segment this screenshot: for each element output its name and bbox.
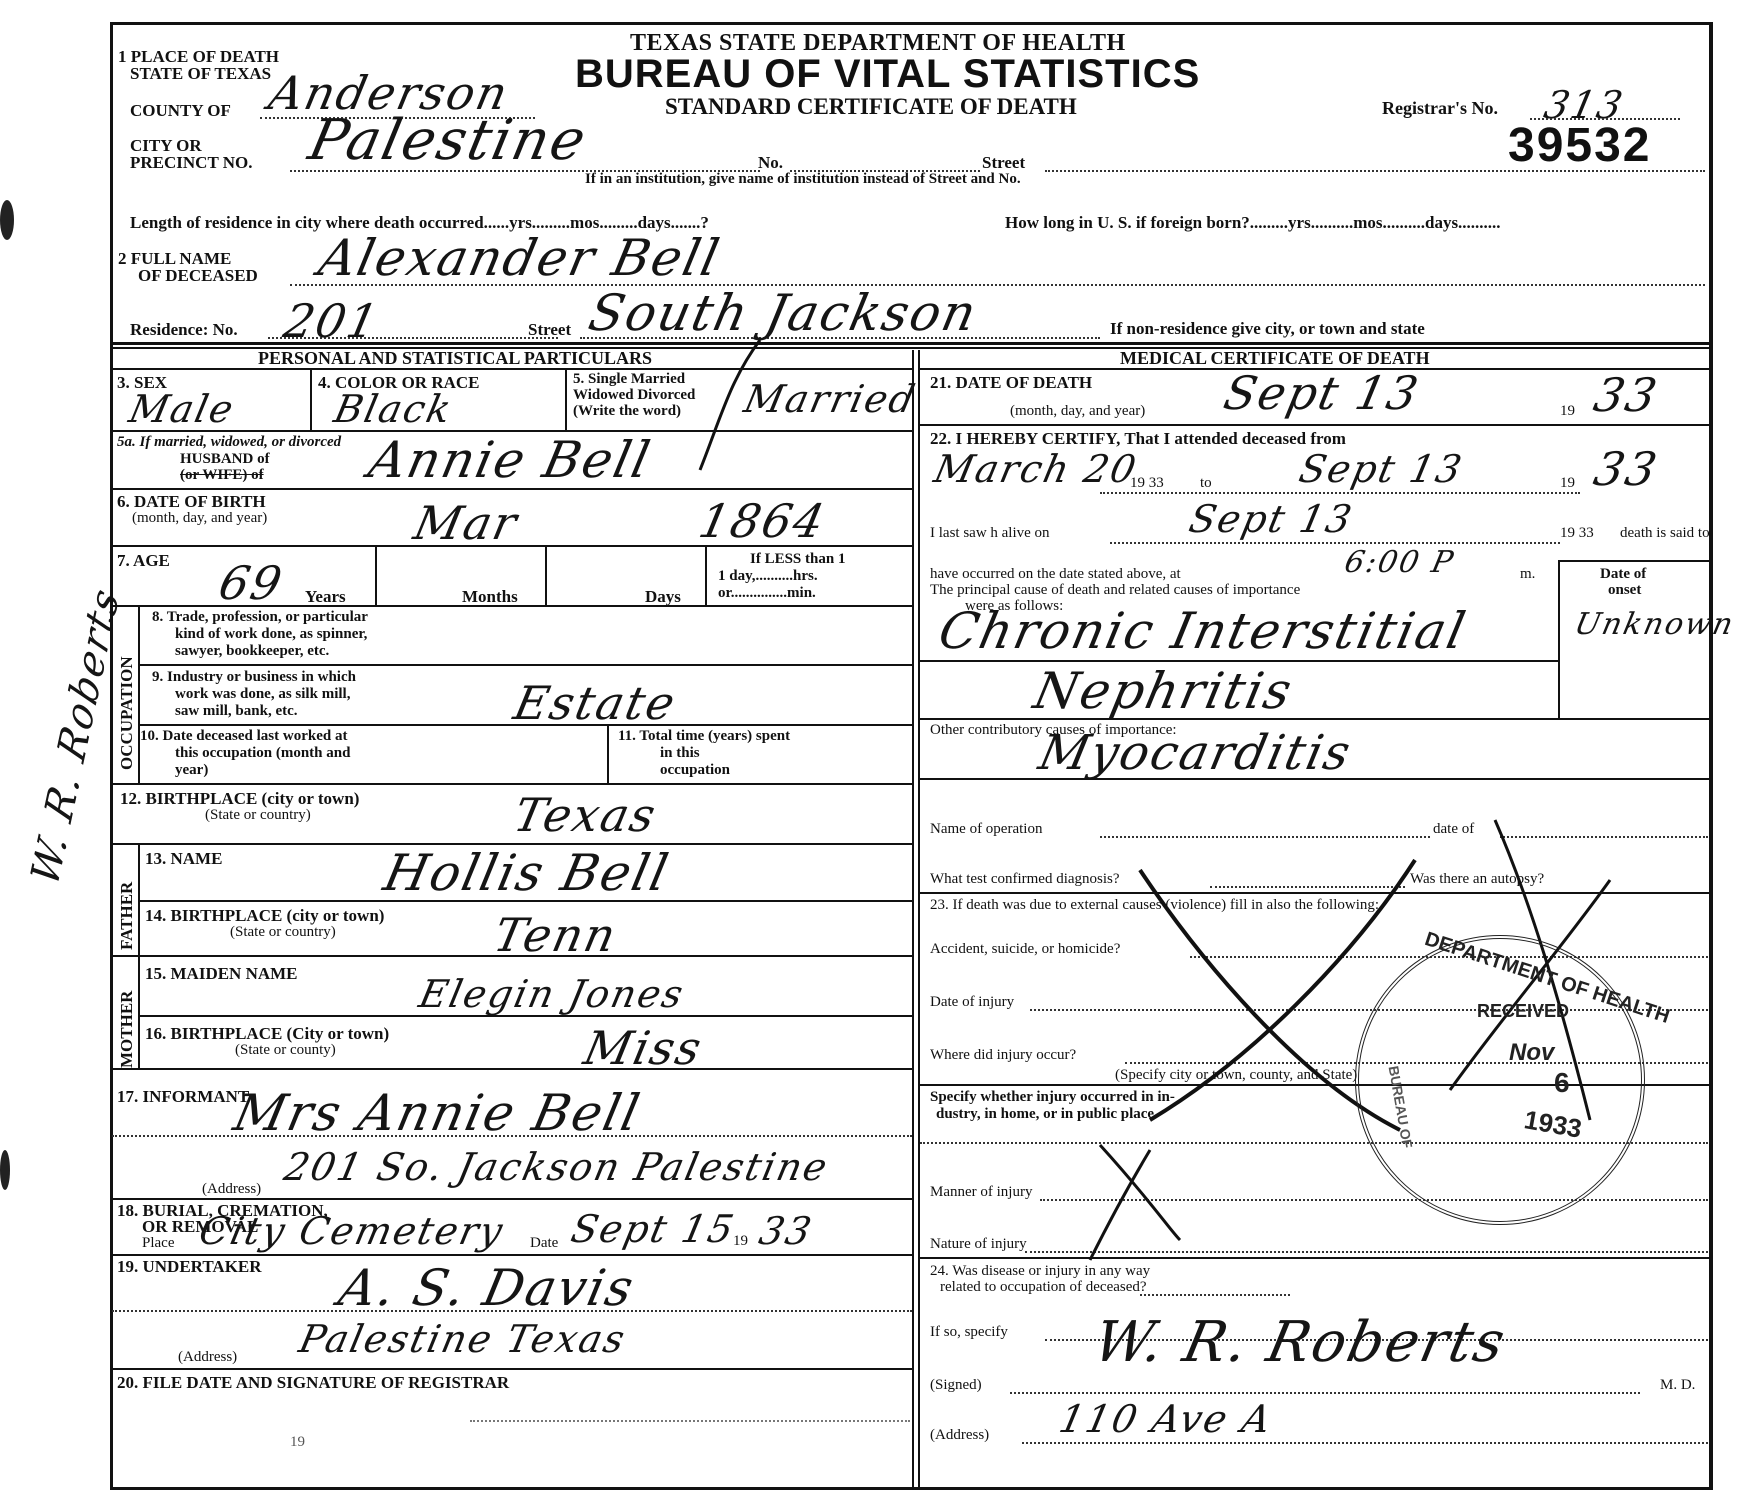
death-said-label: death is said to bbox=[1620, 526, 1710, 541]
medical-section-title: MEDICAL CERTIFICATE OF DEATH bbox=[1120, 350, 1430, 367]
registrar-signature-line bbox=[470, 1420, 910, 1422]
last-worked-label-1: 10. Date deceased last worked at bbox=[140, 729, 347, 744]
injury-nature-label: Nature of injury bbox=[930, 1237, 1027, 1252]
cell-divider bbox=[138, 955, 140, 1068]
cell-divider bbox=[375, 545, 377, 605]
undertaker-value: A. S. Davis bbox=[335, 1265, 639, 1311]
informant-address-value: 201 So. Jackson Palestine bbox=[281, 1148, 832, 1186]
injury-manner-label: Manner of injury bbox=[930, 1185, 1032, 1200]
father-birthplace-label-1: 14. BIRTHPLACE (city or town) bbox=[145, 907, 384, 924]
date-of-death-sub: (month, day, and year) bbox=[1010, 404, 1145, 419]
burial-year-value: 33 bbox=[756, 1212, 816, 1250]
spouse-value: Annie Bell bbox=[365, 437, 655, 483]
row-line bbox=[112, 1368, 912, 1370]
row-line bbox=[112, 545, 912, 547]
onset-label-1: Date of bbox=[1600, 567, 1646, 582]
total-time-label-2: in this bbox=[660, 746, 700, 761]
cell-divider bbox=[565, 368, 567, 430]
full-name-label-2: OF DECEASED bbox=[138, 267, 258, 284]
injury-specify-label-2: dustry, in home, or in public place. bbox=[936, 1107, 1158, 1122]
attended-to-value: Sept 13 bbox=[1296, 450, 1467, 488]
last-worked-label-2: this occupation (month and bbox=[175, 746, 350, 761]
row-line bbox=[138, 900, 912, 902]
test-label: What test confirmed diagnosis? bbox=[930, 872, 1120, 887]
industry-label-1: 9. Industry or business in which bbox=[152, 670, 356, 685]
mother-side-label: MOTHER bbox=[117, 991, 137, 1068]
spouse-label-1: 5a. If married, widowed, or divorced bbox=[117, 435, 341, 450]
informant-address-label: (Address) bbox=[202, 1182, 261, 1197]
years-label: Years bbox=[305, 588, 346, 605]
total-time-label-1: 11. Total time (years) spent bbox=[618, 729, 790, 744]
last-saw-label: I last saw h alive on bbox=[930, 526, 1050, 541]
signed-value: W. R. Roberts bbox=[1090, 1320, 1510, 1366]
age-years-value: 69 bbox=[215, 560, 287, 606]
last-saw-line bbox=[1110, 542, 1560, 544]
last-worked-label-3: year) bbox=[175, 763, 208, 778]
bureau-title: BUREAU OF VITAL STATISTICS bbox=[575, 52, 1200, 97]
external-label: 23. If death was due to external causes … bbox=[930, 898, 1379, 913]
undertaker-address-label: (Address) bbox=[178, 1350, 237, 1365]
marital-label-3: (Write the word) bbox=[573, 404, 681, 419]
row-line bbox=[138, 664, 912, 666]
section-divider bbox=[112, 342, 1710, 345]
file-date-label: 20. FILE DATE AND SIGNATURE OF REGISTRAR bbox=[117, 1374, 509, 1391]
operation-date-label: date of bbox=[1433, 822, 1474, 837]
date-of-death-label: 21. DATE OF DEATH bbox=[930, 374, 1092, 391]
cell-divider bbox=[138, 605, 140, 783]
burial-place-label: Place bbox=[142, 1236, 174, 1251]
street-line bbox=[1045, 170, 1705, 172]
date-of-death-value: Sept 13 bbox=[1220, 370, 1424, 416]
days-label: Days bbox=[645, 588, 681, 605]
row-line bbox=[112, 1198, 912, 1200]
trade-label-3: sawyer, bookkeeper, etc. bbox=[175, 644, 329, 659]
test-line bbox=[1210, 886, 1405, 888]
signed-suffix: M. D. bbox=[1660, 1378, 1695, 1393]
operation-label: Name of operation bbox=[930, 822, 1042, 837]
injury-where-label: Where did injury occur? bbox=[930, 1048, 1076, 1063]
dob-label-2: (month, day, and year) bbox=[132, 511, 267, 526]
row-line bbox=[112, 368, 912, 370]
foreign-born-label: How long in U. S. if foreign born?......… bbox=[1005, 214, 1501, 231]
father-name-value: Hollis Bell bbox=[380, 850, 673, 896]
attended-to-label: to bbox=[1200, 476, 1212, 491]
row-line bbox=[918, 892, 1710, 894]
row-line bbox=[112, 488, 912, 490]
institution-note: If in an institution, give name of insti… bbox=[585, 172, 1021, 187]
spouse-label-3: (or WIFE) of bbox=[180, 468, 264, 483]
row-line bbox=[918, 718, 1710, 720]
undertaker-address-value: Palestine Texas bbox=[296, 1320, 630, 1358]
marital-label-1: 5. Single Married bbox=[573, 372, 685, 387]
occurred-suffix: m. bbox=[1520, 567, 1535, 582]
injury-where-note: (Specify city or town, county, and State… bbox=[1115, 1068, 1357, 1083]
marital-value: Married bbox=[741, 380, 920, 418]
mother-maiden-value: Elegin Jones bbox=[416, 975, 688, 1013]
dob-year-value: 1864 bbox=[695, 498, 830, 544]
injury-date-label: Date of injury bbox=[930, 995, 1014, 1010]
sex-value: Male bbox=[126, 390, 238, 428]
race-value: Black bbox=[331, 390, 456, 428]
row-line bbox=[112, 783, 912, 785]
accident-label: Accident, suicide, or homicide? bbox=[930, 942, 1120, 957]
attended-from-value: March 20 bbox=[931, 450, 1141, 488]
burial-date-label: Date bbox=[530, 1236, 558, 1251]
total-time-label-3: occupation bbox=[660, 763, 730, 778]
informant-line bbox=[112, 1135, 912, 1137]
row-line bbox=[918, 778, 1710, 780]
residence-label: Residence: No. bbox=[130, 321, 238, 338]
state-of-texas-label: STATE OF TEXAS bbox=[130, 65, 271, 82]
occurred-label: have occurred on the date stated above, … bbox=[930, 567, 1181, 582]
non-residence-note: If non-residence give city, or town and … bbox=[1110, 320, 1425, 337]
undertaker-line bbox=[112, 1310, 912, 1312]
full-name-value: Alexander Bell bbox=[315, 235, 724, 281]
less-than-label-1: If LESS than 1 bbox=[750, 552, 845, 567]
occurred-time: 6:00 P bbox=[1342, 548, 1457, 578]
father-side-label: FATHER bbox=[117, 882, 137, 950]
other-causes-value: Myocarditis bbox=[1035, 730, 1356, 776]
stamp-day: 6 bbox=[1554, 1067, 1570, 1099]
injury-manner-line bbox=[1040, 1199, 1708, 1201]
occupation-related-line bbox=[1140, 1294, 1290, 1296]
binding-hole-mark bbox=[0, 1150, 10, 1190]
spouse-label-2: HUSBAND of bbox=[180, 452, 270, 467]
row-line bbox=[1560, 560, 1710, 562]
birthplace-value: Texas bbox=[510, 792, 661, 838]
address-value: 110 Ave A bbox=[1056, 1400, 1276, 1438]
row-line bbox=[112, 1068, 912, 1070]
age-label: 7. AGE bbox=[117, 552, 170, 569]
stamp-year: 1933 bbox=[1522, 1104, 1584, 1145]
principal-cause-line-2: Nephritis bbox=[1030, 668, 1297, 714]
last-saw-year: 19 33 bbox=[1560, 526, 1594, 541]
birthplace-label-1: 12. BIRTHPLACE (city or town) bbox=[120, 790, 359, 807]
county-label: COUNTY OF bbox=[130, 102, 231, 119]
full-name-label-1: 2 FULL NAME bbox=[118, 250, 231, 267]
mother-birthplace-label-1: 16. BIRTHPLACE (City or town) bbox=[145, 1025, 389, 1042]
row-line bbox=[112, 1254, 912, 1256]
cell-divider bbox=[138, 843, 140, 955]
mother-maiden-label: 15. MAIDEN NAME bbox=[145, 965, 298, 982]
onset-value: Unknown bbox=[1572, 610, 1738, 640]
binding-hole-mark bbox=[0, 200, 14, 240]
attended-from-year: 19 33 bbox=[1130, 476, 1164, 491]
dob-label-1: 6. DATE OF BIRTH bbox=[117, 493, 266, 510]
last-saw-value: Sept 13 bbox=[1186, 500, 1357, 538]
father-birthplace-value: Tenn bbox=[490, 912, 621, 958]
attended-to-year-prefix: 19 bbox=[1560, 476, 1575, 491]
stamp-received: RECEIVED bbox=[1477, 1001, 1569, 1022]
file-date-year-prefix: 19 bbox=[290, 1435, 305, 1450]
occupation-side-label: OCCUPATION bbox=[117, 656, 137, 770]
row-line bbox=[138, 724, 912, 726]
operation-date-line bbox=[1500, 836, 1708, 838]
certify-label: 22. I HEREBY CERTIFY, That I attended de… bbox=[930, 430, 1346, 447]
certificate-type-title: STANDARD CERTIFICATE OF DEATH bbox=[665, 94, 1077, 120]
date-of-death-year: 33 bbox=[1590, 372, 1662, 418]
birthplace-label-2: (State or country) bbox=[205, 808, 311, 823]
mother-birthplace-value: Miss bbox=[580, 1025, 707, 1071]
city-value: Palestine bbox=[305, 118, 591, 164]
cell-divider bbox=[545, 545, 547, 605]
less-than-label-3: or...............min. bbox=[718, 586, 816, 601]
residence-street-label: Street bbox=[528, 321, 571, 338]
personal-section-title: PERSONAL AND STATISTICAL PARTICULARS bbox=[258, 350, 652, 367]
cell-divider bbox=[705, 545, 707, 605]
occupation-related-label-2: related to occupation of deceased? bbox=[940, 1280, 1147, 1295]
trade-label-2: kind of work done, as spinner, bbox=[175, 627, 367, 642]
burial-date-value: Sept 15 bbox=[568, 1210, 739, 1248]
trade-label-1: 8. Trade, profession, or particular bbox=[152, 610, 368, 625]
undertaker-label: 19. UNDERTAKER bbox=[117, 1258, 262, 1275]
operation-line bbox=[1100, 836, 1430, 838]
marital-label-2: Widowed Divorced bbox=[573, 388, 695, 403]
principal-cause-line-1: Chronic Interstitial bbox=[935, 608, 1470, 654]
cell-divider bbox=[310, 368, 312, 430]
stamp-month: Nov bbox=[1509, 1039, 1554, 1067]
dob-month-value: Mar bbox=[410, 500, 522, 546]
cell-divider bbox=[607, 724, 609, 783]
date-of-death-year-prefix: 19 bbox=[1560, 404, 1575, 419]
row-line bbox=[918, 1257, 1710, 1259]
column-divider bbox=[918, 350, 920, 1490]
address-label: (Address) bbox=[930, 1428, 989, 1443]
row-line bbox=[112, 955, 912, 957]
row-line bbox=[112, 605, 912, 607]
industry-value: Estate bbox=[510, 680, 681, 726]
place-of-death-label: 1 PLACE OF DEATH bbox=[118, 48, 279, 65]
cell-divider bbox=[1558, 560, 1560, 720]
street-label: Street bbox=[982, 154, 1025, 171]
informant-value: Mrs Annie Bell bbox=[230, 1090, 645, 1136]
father-name-label: 13. NAME bbox=[145, 850, 222, 867]
occupation-related-label-1: 24. Was disease or injury in any way bbox=[930, 1264, 1150, 1279]
if-so-label: If so, specify bbox=[930, 1325, 1008, 1340]
mother-birthplace-label-2: (State or county) bbox=[235, 1043, 336, 1058]
residence-street-value: South Jackson bbox=[585, 290, 982, 336]
stamp-bureau: BUREAU OF bbox=[1386, 1065, 1416, 1150]
burial-place-value: City Cemetery bbox=[196, 1212, 508, 1250]
attended-line bbox=[1100, 492, 1580, 494]
principal-cause-label-1: The principal cause of death and related… bbox=[930, 583, 1300, 598]
row-line bbox=[918, 424, 1710, 426]
received-stamp: DEPARTMENT OF HEALTH RECEIVED Nov 6 1933… bbox=[1355, 935, 1645, 1225]
certificate-number: 39532 bbox=[1508, 118, 1651, 173]
signed-label: (Signed) bbox=[930, 1378, 982, 1393]
industry-label-3: saw mill, bank, etc. bbox=[175, 704, 298, 719]
signed-line bbox=[1010, 1392, 1640, 1394]
row-line bbox=[138, 1015, 912, 1017]
residence-no-value: 201 bbox=[280, 298, 384, 344]
onset-label-2: onset bbox=[1608, 583, 1641, 598]
industry-label-2: work was done, as silk mill, bbox=[175, 687, 350, 702]
attended-to-year: 33 bbox=[1590, 446, 1662, 492]
months-label: Months bbox=[462, 588, 518, 605]
street-no-label: No. bbox=[758, 154, 783, 171]
injury-nature-line bbox=[1025, 1251, 1708, 1253]
father-birthplace-label-2: (State or country) bbox=[230, 925, 336, 940]
less-than-label-2: 1 day,..........hrs. bbox=[718, 569, 818, 584]
autopsy-label: Was there an autopsy? bbox=[1410, 872, 1544, 887]
city-label-1: CITY OR bbox=[130, 137, 202, 154]
registrars-no-label: Registrar's No. bbox=[1382, 100, 1498, 117]
city-label-2: PRECINCT NO. bbox=[130, 154, 252, 171]
informant-label: 17. INFORMANT bbox=[117, 1088, 249, 1105]
address-line bbox=[1022, 1442, 1708, 1444]
column-divider bbox=[912, 350, 914, 1490]
injury-specify-label-1: Specify whether injury occurred in in- bbox=[930, 1090, 1175, 1105]
burial-year-prefix: 19 bbox=[733, 1234, 748, 1249]
